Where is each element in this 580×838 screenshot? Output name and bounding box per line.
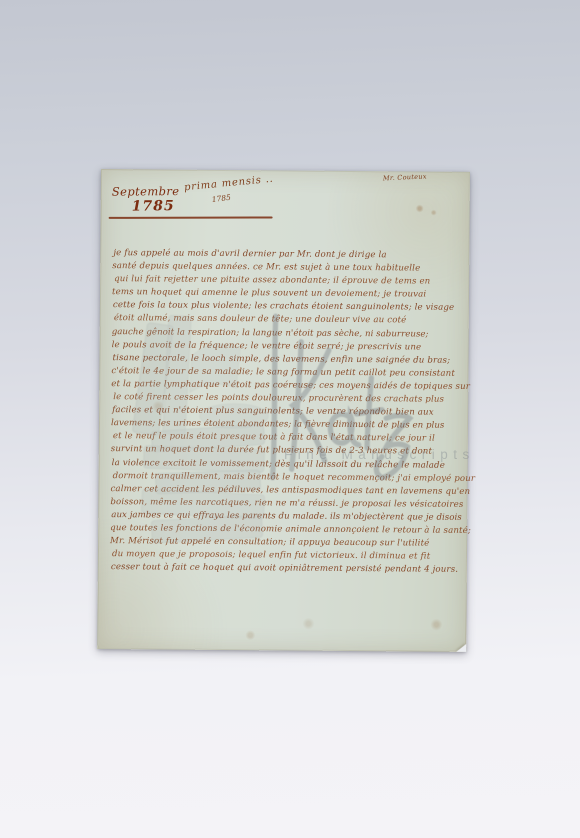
manuscript-text-block: je fus appelé au mois d'avril dernier pa… — [110, 247, 463, 577]
annotation-prima-mensis: prima mensis .. — [184, 174, 274, 194]
photo-backdrop: Septembre 1785 prima mensis .. 1785 Mr. … — [0, 0, 580, 838]
header-year: 1785 — [132, 198, 175, 214]
paper-fold-corner — [456, 644, 466, 652]
date-underline — [109, 216, 273, 218]
header-month: Septembre — [112, 184, 180, 199]
annotation-prima-mensis-year: 1785 — [211, 193, 231, 204]
manuscript-paper: Septembre 1785 prima mensis .. 1785 Mr. … — [97, 169, 470, 652]
manuscript-line: cesser tout à fait ce hoquet qui avoit o… — [111, 561, 460, 577]
annotation-recipient: Mr. Couteux — [383, 172, 427, 182]
